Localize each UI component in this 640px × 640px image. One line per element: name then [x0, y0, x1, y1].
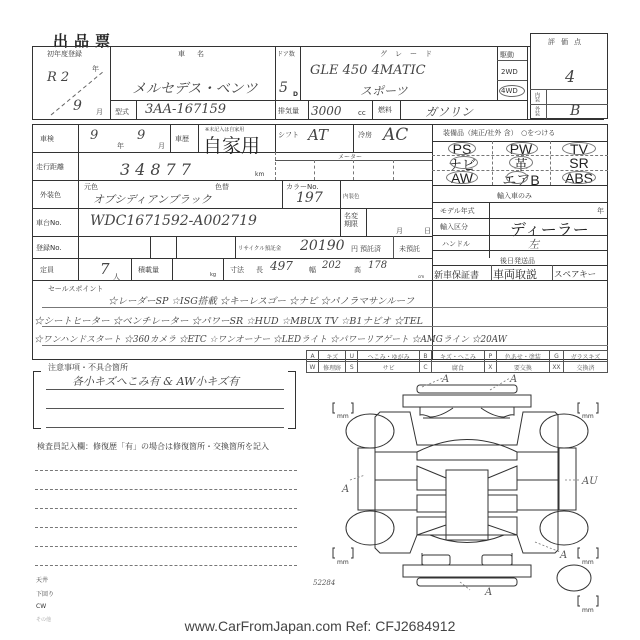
drive-selected-circle: [499, 85, 525, 97]
sales-point-line-3: ☆ワンハンドスタート ☆360カメラ ☆ETC ☆ワンオーナー ☆LEDライト …: [34, 332, 507, 345]
displacement-value: 3000: [311, 104, 342, 118]
svg-text:mm: mm: [582, 607, 594, 614]
grade-line1: GLE 450 4MATIC: [310, 63, 426, 78]
registration-no-label: 登録No.: [36, 243, 62, 253]
interior-grade-label: 内装: [534, 92, 541, 102]
circle-leather: [509, 156, 533, 169]
fuel-label: 燃料: [378, 105, 392, 115]
first-registration-label: 初年度登録: [47, 49, 82, 59]
damage-mark: A: [484, 587, 492, 598]
sales-point-line-1: ☆レーダーSP ☆ISG搭載 ☆キーレスゴー ☆ナビ ☆パノラマサンルーフ: [108, 293, 414, 307]
import-only-header: 輸入車のみ: [497, 191, 532, 201]
svg-text:mm: mm: [582, 413, 594, 420]
inspector-side-roof: 天井: [36, 575, 48, 584]
car-name-label: 車名: [178, 49, 216, 59]
diagonal-slash: [48, 68, 108, 118]
color-no-value: 197: [296, 190, 323, 206]
ac-label: 冷房: [358, 130, 372, 140]
post-delivery-spare-key: スペアキー: [554, 268, 596, 280]
svg-text:mm: mm: [337, 413, 349, 420]
name-change-label: 名変期限: [344, 212, 364, 228]
damage-mark: A: [559, 550, 567, 561]
score-label: 評価点: [548, 37, 587, 47]
damage-mark: A: [441, 374, 449, 385]
chassis-no-label: 車台No.: [36, 218, 62, 228]
recycle-paid: 預託済: [360, 244, 381, 254]
dimension-width: 202: [322, 260, 341, 271]
inspection-month: 9: [137, 128, 145, 143]
handle-label: ハンドル: [442, 239, 470, 249]
import-type-value: ディーラー: [510, 217, 589, 240]
damage-mark: A: [341, 484, 349, 495]
dimension-height: 178: [368, 260, 387, 271]
equipment-sr: SR: [550, 155, 608, 171]
damage-mark: A: [509, 374, 517, 385]
fuel-value: ガソリン: [425, 103, 473, 120]
inspector-label: 検査員記入欄：修復歴「有」の場合は修復箇所・交換箇所を記入: [37, 441, 269, 452]
doors-label: ドア数: [277, 49, 295, 58]
svg-text:mm: mm: [337, 559, 349, 566]
drive-2wd: 2WD: [501, 68, 518, 76]
notes-bracket-left: [33, 371, 41, 429]
exterior-color-label: 外装色: [40, 190, 61, 200]
circle-aw: [446, 171, 478, 184]
displacement-label: 排気量: [278, 106, 299, 116]
circle-pw: [506, 142, 538, 155]
circle-navi: [450, 156, 478, 169]
car-name-value: メルセデス・ベンツ: [132, 78, 257, 98]
post-delivery-manual: 車両取説: [493, 266, 537, 282]
exterior-grade-label: 外装: [534, 106, 541, 116]
score-value: 4: [565, 67, 575, 86]
import-type-label: 輸入区分: [440, 222, 468, 232]
shift-value: AT: [308, 126, 328, 144]
notes-bracket-right: [288, 371, 296, 429]
max-load-label: 積載量: [138, 265, 159, 275]
model-year-label: モデル年式: [440, 206, 475, 216]
grade-line2: スポーツ: [360, 82, 408, 99]
circle-abs: [562, 171, 596, 184]
circle-ps: [448, 142, 476, 155]
shift-label: シフト: [278, 130, 299, 140]
watermark: www.CarFromJapan.com Ref: CFJ2684912: [0, 618, 640, 634]
exterior-grade-value: B: [570, 103, 580, 119]
model-code-value: 3AA-167159: [145, 102, 226, 117]
mileage-value: 34877: [120, 160, 196, 179]
inspection-label: 車検: [40, 134, 54, 144]
usage-value: 自家用: [203, 131, 260, 158]
circle-airbag: [506, 171, 528, 184]
doors-value: 5: [279, 80, 288, 96]
interior-color-label: 内装色: [343, 192, 360, 200]
grade-label: グレード: [380, 49, 440, 59]
post-delivery-warranty: 新車保証書: [434, 268, 479, 281]
recycle-unpaid: 未預託: [399, 244, 420, 254]
notes-label: 注意事項・不具合箇所: [48, 362, 128, 373]
ac-value: AC: [383, 125, 408, 145]
drive-label: 駆動: [500, 50, 514, 60]
capacity-label: 定員: [40, 265, 54, 275]
notes-line-1: 各小キズへこみ有 & AW小キズ有: [72, 373, 239, 389]
mileage-label: 走行距離: [36, 162, 64, 172]
damage-mark: AU: [581, 476, 598, 487]
svg-text:mm: mm: [582, 559, 594, 566]
equipment-header: 装備品（純正/社外 含） ○をつける: [443, 128, 555, 138]
usage-label: 車歴: [175, 134, 189, 144]
sales-points-label: セールスポイント: [48, 284, 103, 294]
inspector-side-under: 下回り: [36, 589, 54, 598]
capacity-value: 7: [100, 260, 110, 278]
recycle-value: 20190: [300, 238, 345, 254]
chassis-no-value: WDC1671592-A002719: [90, 213, 257, 229]
dimension-length: 497: [270, 259, 293, 273]
inspector-side-cw: CW: [36, 603, 46, 610]
meter-label: メーター: [338, 152, 362, 161]
model-code-label: 型式: [115, 107, 129, 117]
circle-tv: [562, 142, 596, 155]
recycle-label: リサイクル預託金: [238, 244, 281, 252]
inspector-code: 52284: [313, 579, 335, 587]
inspection-year: 9: [90, 128, 98, 143]
exterior-color-value: オブシディアンブラック: [93, 191, 212, 207]
dimensions-label: 寸法: [230, 265, 244, 275]
car-damage-diagram: mm mm mm mm mm A A A AU A A 52284: [310, 370, 640, 620]
sales-point-line-2: ☆シートヒーター ☆ベンチレーター ☆パワーSR ☆HUD ☆MBUX TV ☆…: [34, 313, 423, 327]
